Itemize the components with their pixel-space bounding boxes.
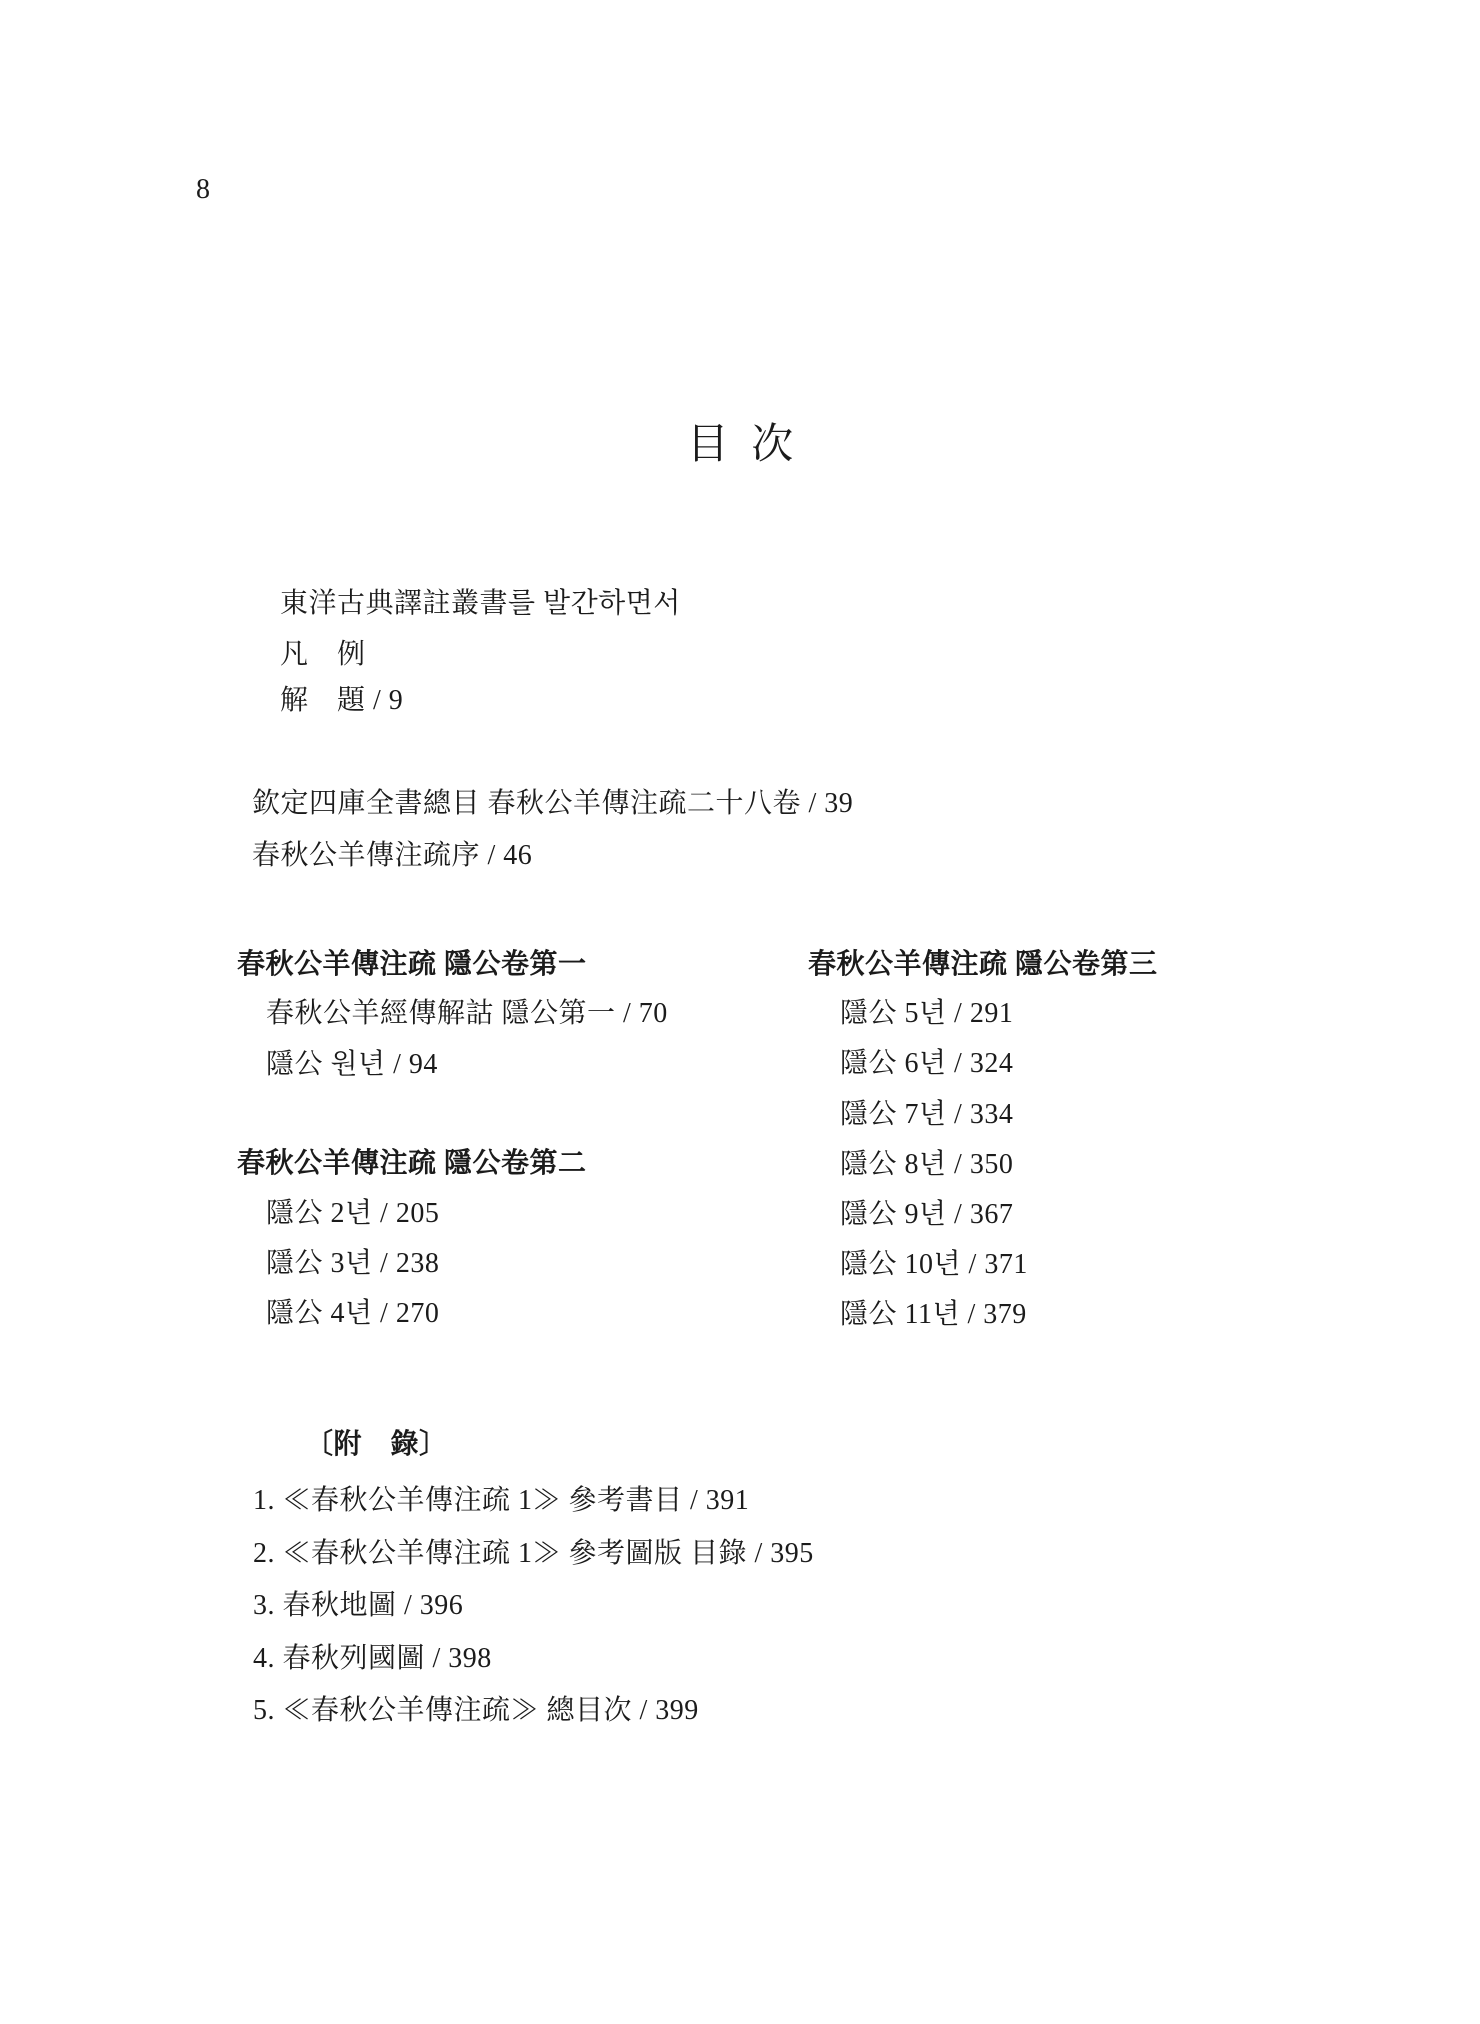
appendix-heading: 〔附 錄〕	[305, 1430, 448, 1461]
toc-entry-explanatory-notes: 凡 例	[280, 640, 366, 671]
document-page: 8 目 次 東洋古典譯註叢書를 발간하면서 凡 例 解 題 / 9 欽定四庫全書…	[0, 0, 1480, 2024]
appendix-entry: 3. 春秋地圖 / 396	[253, 1591, 463, 1622]
toc-entry: 隱公 5년 / 291	[840, 999, 1013, 1030]
toc-section-heading-volume2: 春秋公羊傳注疏 隱公卷第二	[237, 1149, 587, 1180]
toc-entry: 隱公 4년 / 270	[266, 1299, 439, 1330]
toc-entry: 隱公 10년 / 371	[840, 1250, 1028, 1281]
toc-entry-foreword: 東洋古典譯註叢書를 발간하면서	[280, 589, 681, 620]
toc-title: 目 次	[0, 422, 1480, 468]
page-number: 8	[196, 176, 210, 204]
toc-section-heading-volume1: 春秋公羊傳注疏 隱公卷第一	[237, 950, 587, 981]
toc-entry: 隱公 3년 / 238	[266, 1249, 439, 1280]
toc-entry-preface: 春秋公羊傳注疏序 / 46	[252, 841, 532, 872]
toc-entry: 隱公 2년 / 205	[266, 1199, 439, 1230]
toc-entry-catalog: 欽定四庫全書總目 春秋公羊傳注疏二十八卷 / 39	[252, 789, 853, 820]
toc-entry: 隱公 8년 / 350	[840, 1150, 1013, 1181]
appendix-entry: 1. ≪春秋公羊傳注疏 1≫ 參考書目 / 391	[253, 1486, 749, 1517]
toc-entry: 隱公 7년 / 334	[840, 1100, 1013, 1131]
toc-entry: 隱公 6년 / 324	[840, 1049, 1013, 1080]
appendix-entry: 5. ≪春秋公羊傳注疏≫ 總目次 / 399	[253, 1696, 699, 1727]
toc-entry: 隱公 원년 / 94	[266, 1050, 438, 1081]
toc-entry: 隱公 9년 / 367	[840, 1200, 1013, 1231]
toc-entry-introduction: 解 題 / 9	[280, 686, 403, 717]
toc-section-heading-volume3: 春秋公羊傳注疏 隱公卷第三	[808, 950, 1158, 981]
toc-entry: 春秋公羊經傳解詁 隱公第一 / 70	[266, 999, 668, 1030]
appendix-entry: 2. ≪春秋公羊傳注疏 1≫ 參考圖版 目錄 / 395	[253, 1539, 814, 1570]
appendix-entry: 4. 春秋列國圖 / 398	[253, 1644, 492, 1675]
toc-entry: 隱公 11년 / 379	[840, 1300, 1027, 1331]
